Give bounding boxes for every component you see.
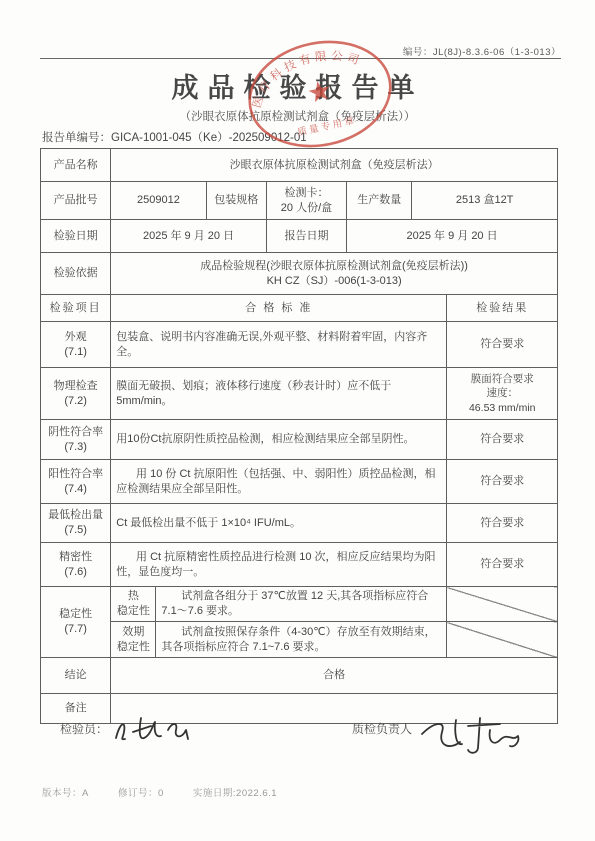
product-name-label: 产品名称 bbox=[41, 149, 111, 182]
item-name: 阴性符合率 bbox=[46, 425, 105, 440]
item-clause: (7.6) bbox=[46, 565, 105, 580]
sub-item-heat-stability: 热 稳定性 bbox=[111, 587, 156, 622]
page-subtitle: （沙眼衣原体抗原检测试剂盒（免疫层析法）） bbox=[0, 108, 595, 124]
row-dates: 检验日期 2025 年 9 月 20 日 报告日期 2025 年 9 月 20 … bbox=[41, 220, 558, 253]
inspect-date-label: 检验日期 bbox=[41, 220, 111, 253]
item-7-5: 最低检出量 (7.5) bbox=[41, 504, 111, 543]
sub-label-line: 效期 bbox=[116, 625, 150, 640]
pack-spec-line1: 检测卡： bbox=[272, 186, 341, 201]
item-name: 物理检查 bbox=[46, 379, 105, 394]
result-7-4: 符合要求 bbox=[447, 460, 558, 504]
qty-label: 生产数量 bbox=[347, 182, 412, 220]
result-7-1: 符合要求 bbox=[447, 322, 558, 368]
item-clause: (7.7) bbox=[46, 622, 105, 637]
report-table: 产品名称 沙眼衣原体抗原检测试剂盒（免疫层析法） 产品批号 2509012 包装… bbox=[40, 148, 558, 724]
qc-label: 质检负责人 bbox=[352, 712, 412, 737]
item-7-3: 阴性符合率 (7.3) bbox=[41, 420, 111, 460]
item-name: 稳定性 bbox=[46, 607, 105, 622]
footer: 版本号：A 修订号：0 实施日期:2022.6.1 bbox=[42, 785, 303, 799]
standard-7-3: 用10份Ct抗原阴性质控品检测，相应检测结果应全部呈阴性。 bbox=[111, 420, 447, 460]
qc-signature-block: 质检负责人 bbox=[352, 712, 526, 758]
footer-version: 版本号：A bbox=[42, 788, 89, 799]
basis-line2: KH CZ（SJ）-006(1-3-013) bbox=[116, 274, 552, 289]
standard-7-5: Ct 最低检出量不低于 1×10⁴ IFU/mL。 bbox=[111, 504, 447, 543]
row-7-6: 精密性 (7.6) 用 Ct 抗原精密性质控品进行检测 10 次，相应反应结果均… bbox=[41, 543, 558, 587]
row-conclusion: 结论 合格 bbox=[41, 658, 558, 694]
item-7-6: 精密性 (7.6) bbox=[41, 543, 111, 587]
item-7-7: 稳定性 (7.7) bbox=[41, 587, 111, 658]
item-clause: (7.4) bbox=[46, 482, 105, 497]
conclusion-value: 合格 bbox=[111, 658, 558, 694]
result-line: 膜面符合要求 bbox=[452, 372, 552, 386]
result-7-6: 符合要求 bbox=[447, 543, 558, 587]
item-clause: (7.1) bbox=[46, 345, 105, 360]
result-7-3: 符合要求 bbox=[447, 420, 558, 460]
report-date-value: 2025 年 9 月 20 日 bbox=[347, 220, 558, 253]
basis-label: 检验依据 bbox=[41, 253, 111, 295]
result-line: 速度： bbox=[452, 386, 552, 400]
inspector-signature bbox=[110, 712, 202, 750]
col-header-item: 检验项目 bbox=[41, 295, 111, 322]
standard-7-7-shelf: 试剂盒按照保存条件（4-30℃）存放至有效期结束，其各项指标应符合 7.1~7.… bbox=[156, 622, 447, 658]
item-clause: (7.2) bbox=[46, 394, 105, 409]
row-7-4: 阳性符合率 (7.4) 用 10 份 Ct 抗原阳性（包括强、中、弱阳性）质控品… bbox=[41, 460, 558, 504]
standard-7-4: 用 10 份 Ct 抗原阳性（包括强、中、弱阳性）质控品检测，相应检测结果应全部… bbox=[111, 460, 447, 504]
conclusion-label: 结论 bbox=[41, 658, 111, 694]
na-slash-cell bbox=[447, 622, 558, 658]
sub-item-shelf-stability: 效期 稳定性 bbox=[111, 622, 156, 658]
row-product-name: 产品名称 沙眼衣原体抗原检测试剂盒（免疫层析法） bbox=[41, 149, 558, 182]
row-7-1: 外观 (7.1) 包装盒、说明书内容准确无误,外观平整、材料附着牢固，内容齐全。… bbox=[41, 322, 558, 368]
qty-value: 2513 盒12T bbox=[412, 182, 558, 220]
report-number: 报告单编号：GICA-1001-045（Ke）-202509012-01 bbox=[42, 129, 307, 145]
document-number: 编号：JL(8J)-8.3.6-06（1-3-013） bbox=[403, 44, 561, 58]
row-7-5: 最低检出量 (7.5) Ct 最低检出量不低于 1×10⁴ IFU/mL。 符合… bbox=[41, 504, 558, 543]
header-rule bbox=[40, 58, 561, 59]
na-slash-cell bbox=[447, 587, 558, 622]
inspect-date-value: 2025 年 9 月 20 日 bbox=[111, 220, 267, 253]
item-clause: (7.3) bbox=[46, 440, 105, 455]
report-date-label: 报告日期 bbox=[266, 220, 346, 253]
standard-7-6: 用 Ct 抗原精密性质控品进行检测 10 次，相应反应结果均为阳性，显色度均一。 bbox=[111, 543, 447, 587]
row-7-3: 阴性符合率 (7.3) 用10份Ct抗原阴性质控品检测，相应检测结果应全部呈阴性… bbox=[41, 420, 558, 460]
standard-7-1: 包装盒、说明书内容准确无误,外观平整、材料附着牢固，内容齐全。 bbox=[111, 322, 447, 368]
item-name: 外观 bbox=[46, 330, 105, 345]
row-basis: 检验依据 成品检验规程(沙眼衣原体抗原检测试剂盒(免疫层析法)) KH CZ（S… bbox=[41, 253, 558, 295]
pack-spec-value: 检测卡： 20 人份/盒 bbox=[266, 182, 346, 220]
result-7-2: 膜面符合要求 速度： 46.53 mm/min bbox=[447, 368, 558, 420]
footer-revision: 修订号：0 bbox=[118, 788, 164, 799]
scanned-inspection-report: 编号：JL(8J)-8.3.6-06（1-3-013） 成品检验报告单 （沙眼衣… bbox=[0, 0, 595, 841]
item-7-2: 物理检查 (7.2) bbox=[41, 368, 111, 420]
item-7-1: 外观 (7.1) bbox=[41, 322, 111, 368]
sub-label-line: 稳定性 bbox=[116, 604, 150, 619]
footer-date: 实施日期:2022.6.1 bbox=[193, 788, 277, 799]
row-7-2: 物理检查 (7.2) 膜面无破损、划痕；液体移行速度（秒表计时）应不低于 5mm… bbox=[41, 368, 558, 420]
item-clause: (7.5) bbox=[46, 523, 105, 538]
qc-signature bbox=[414, 712, 526, 758]
sub-label-line: 热 bbox=[116, 589, 150, 604]
row-batch: 产品批号 2509012 包装规格 检测卡： 20 人份/盒 生产数量 2513… bbox=[41, 182, 558, 220]
result-line: 46.53 mm/min bbox=[452, 401, 552, 415]
page-title: 成品检验报告单 bbox=[0, 66, 595, 105]
item-name: 阳性符合率 bbox=[46, 467, 105, 482]
row-header: 检验项目 合 格 标 准 检验结果 bbox=[41, 295, 558, 322]
result-7-5: 符合要求 bbox=[447, 504, 558, 543]
standard-7-2: 膜面无破损、划痕；液体移行速度（秒表计时）应不低于 5mm/min。 bbox=[111, 368, 447, 420]
standard-7-7-heat: 试剂盒各组分于 37℃放置 12 天,其各项指标应符合 7.1～7.6 要求。 bbox=[156, 587, 447, 622]
col-header-standard: 合 格 标 准 bbox=[111, 295, 447, 322]
inspector-label: 检验员： bbox=[60, 712, 108, 737]
product-name-value: 沙眼衣原体抗原检测试剂盒（免疫层析法） bbox=[111, 149, 558, 182]
batch-label: 产品批号 bbox=[41, 182, 111, 220]
row-7-7-heat: 稳定性 (7.7) 热 稳定性 试剂盒各组分于 37℃放置 12 天,其各项指标… bbox=[41, 587, 558, 622]
pack-spec-label: 包装规格 bbox=[206, 182, 266, 220]
item-name: 最低检出量 bbox=[46, 508, 105, 523]
basis-line1: 成品检验规程(沙眼衣原体抗原检测试剂盒(免疫层析法)) bbox=[116, 259, 552, 274]
inspector-signature-block: 检验员： bbox=[60, 712, 202, 750]
row-7-7-shelf: 效期 稳定性 试剂盒按照保存条件（4-30℃）存放至有效期结束，其各项指标应符合… bbox=[41, 622, 558, 658]
sub-label-line: 稳定性 bbox=[116, 640, 150, 655]
item-7-4: 阳性符合率 (7.4) bbox=[41, 460, 111, 504]
signature-row: 检验员： 质检负责人 bbox=[60, 712, 555, 758]
pack-spec-line2: 20 人份/盒 bbox=[272, 201, 341, 216]
item-name: 精密性 bbox=[46, 550, 105, 565]
batch-value: 2509012 bbox=[111, 182, 206, 220]
col-header-result: 检验结果 bbox=[447, 295, 558, 322]
basis-value: 成品检验规程(沙眼衣原体抗原检测试剂盒(免疫层析法)) KH CZ（SJ）-00… bbox=[111, 253, 558, 295]
